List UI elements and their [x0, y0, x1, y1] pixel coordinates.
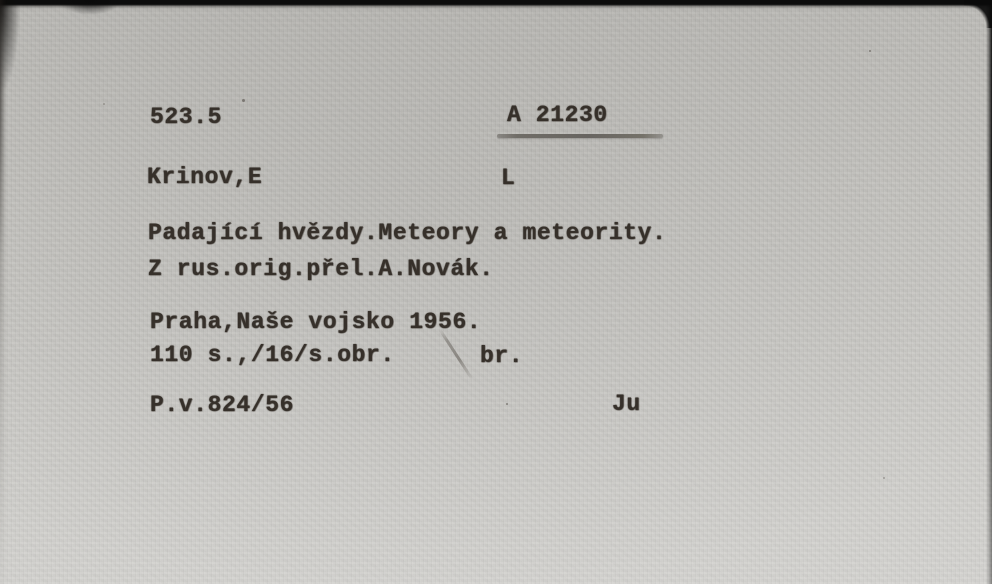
- accession-number: A 21230: [507, 102, 608, 129]
- cataloguer-initials: Ju: [612, 391, 641, 418]
- paper-speck: [883, 477, 885, 479]
- imprint-statement: Praha,Naše vojsko 1956.: [150, 309, 481, 336]
- paper-speck: [506, 403, 508, 405]
- paper-speck: [869, 50, 871, 52]
- title-statement: Padající hvězdy.Meteory a meteority.: [148, 220, 666, 247]
- catalog-card-scan: 523.5 A 21230 Krinov,E L Padající hvězdy…: [0, 0, 992, 584]
- accession-underline: [497, 134, 663, 138]
- collation-statement: 110 s.,/16/s.obr.: [150, 342, 395, 369]
- paper-speck: [242, 99, 245, 102]
- classification-number: 523.5: [150, 104, 222, 131]
- scan-corner-top-right: [964, 0, 992, 28]
- record-number: P.v.824/56: [150, 392, 294, 419]
- scan-edge-left: [0, 0, 7, 584]
- translation-statement: Z rus.orig.přel.A.Novák.: [148, 256, 494, 283]
- scan-edge-top-bump: [58, 0, 122, 15]
- scan-edge-right: [986, 0, 992, 584]
- scan-edge-top: [0, 0, 992, 9]
- paper-speck: [103, 103, 105, 105]
- author-second-initial: L: [501, 165, 515, 192]
- binding-statement: br.: [480, 343, 523, 370]
- author-name: Krinov,E: [147, 164, 262, 191]
